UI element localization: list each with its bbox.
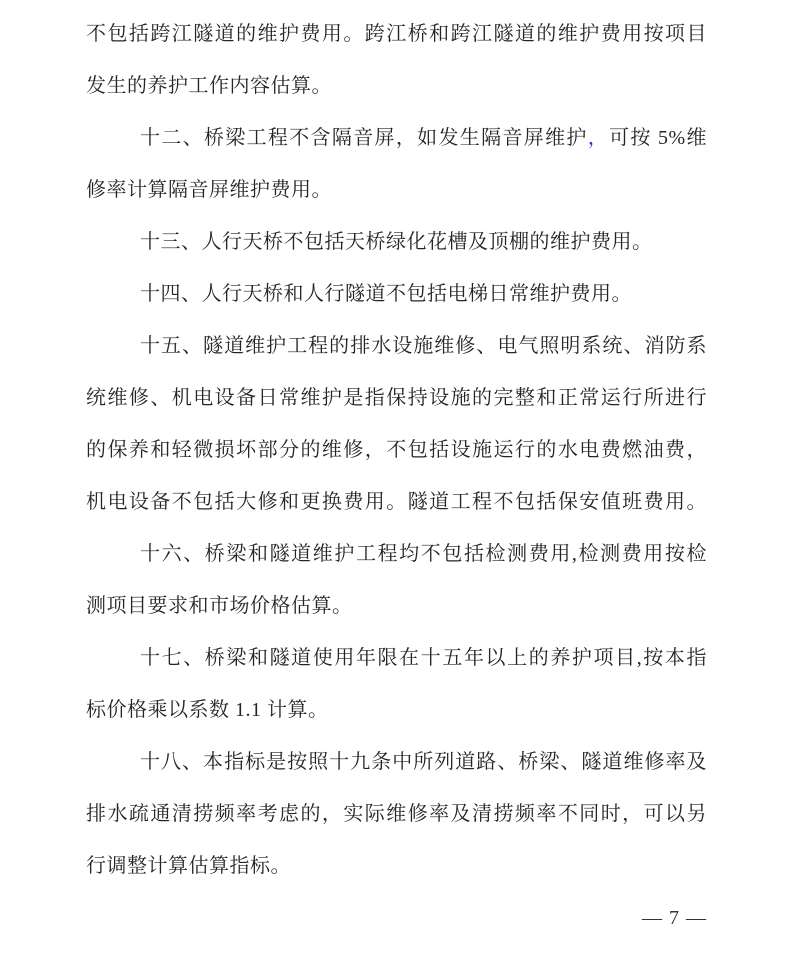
text-segment: 行调整计算估算指标。 bbox=[86, 855, 291, 877]
text-segment: 统维修、机电设备日常维护是指保持设施的完整和正常运行所进行 bbox=[86, 387, 707, 409]
text-line: 十二、桥梁工程不含隔音屏，如发生隔音屏维护，可按 5%维 bbox=[86, 112, 707, 164]
text-line: 十八、本指标是按照十九条中所列道路、桥梁、隧道维修率及 bbox=[86, 736, 707, 788]
text-segment: 不包括跨江隧道的维护费用。跨江桥和跨江隧道的维护费用按项目 bbox=[86, 23, 707, 45]
text-line: 行调整计算估算指标。 bbox=[86, 840, 707, 892]
text-line: 的保养和轻微损坏部分的维修，不包括设施运行的水电费燃油费， bbox=[86, 424, 707, 476]
text-segment: 测项目要求和市场价格估算。 bbox=[86, 595, 353, 617]
document-page: 不包括跨江隧道的维护费用。跨江桥和跨江隧道的维护费用按项目发生的养护工作内容估算… bbox=[0, 0, 800, 953]
text-line: 十四、人行天桥和人行隧道不包括电梯日常维护费用。 bbox=[86, 268, 707, 320]
text-line: 修率计算隔音屏维护费用。 bbox=[86, 164, 707, 216]
text-segment: 的保养和轻微损坏部分的维修，不包括设施运行的水电费燃油费， bbox=[86, 439, 707, 461]
text-line: 发生的养护工作内容估算。 bbox=[86, 60, 707, 112]
text-line: 排水疏通清捞频率考虑的，实际维修率及清捞频率不同时，可以另 bbox=[86, 788, 707, 840]
text-segment: 十二、桥梁工程不含隔音屏，如发生隔音屏维护 bbox=[140, 127, 588, 149]
text-segment: 十五、隧道维护工程的排水设施维修、电气照明系统、消防系 bbox=[140, 335, 707, 357]
text-segment: 排水疏通清捞频率考虑的，实际维修率及清捞频率不同时，可以另 bbox=[86, 803, 707, 825]
text-segment: 十四、人行天桥和人行隧道不包括电梯日常维护费用。 bbox=[140, 283, 632, 305]
text-line: 十六、桥梁和隧道维护工程均不包括检测费用,检测费用按检 bbox=[86, 528, 707, 580]
text-segment: 十六、桥梁和隧道维护工程均不包括检测费用,检测费用按检 bbox=[140, 543, 707, 565]
text-line: 机电设备不包括大修和更换费用。隧道工程不包括保安值班费用。 bbox=[86, 476, 707, 528]
text-segment: 发生的养护工作内容估算。 bbox=[86, 75, 332, 97]
text-segment-accent: ， bbox=[588, 127, 609, 149]
text-line: 十三、人行天桥不包括天桥绿化花槽及顶棚的维护费用。 bbox=[86, 216, 707, 268]
text-segment: 标价格乘以系数 1.1 计算。 bbox=[86, 699, 329, 721]
text-line: 标价格乘以系数 1.1 计算。 bbox=[86, 684, 707, 736]
text-line: 十五、隧道维护工程的排水设施维修、电气照明系统、消防系 bbox=[86, 320, 707, 372]
document-body: 不包括跨江隧道的维护费用。跨江桥和跨江隧道的维护费用按项目发生的养护工作内容估算… bbox=[86, 8, 707, 892]
text-line: 测项目要求和市场价格估算。 bbox=[86, 580, 707, 632]
text-line: 不包括跨江隧道的维护费用。跨江桥和跨江隧道的维护费用按项目 bbox=[86, 8, 707, 60]
text-segment: 修率计算隔音屏维护费用。 bbox=[86, 179, 332, 201]
text-segment: 可按 5%维 bbox=[609, 127, 707, 149]
text-line: 统维修、机电设备日常维护是指保持设施的完整和正常运行所进行 bbox=[86, 372, 707, 424]
text-segment: 机电设备不包括大修和更换费用。隧道工程不包括保安值班费用。 bbox=[86, 491, 707, 513]
text-segment: 十七、桥梁和隧道使用年限在十五年以上的养护项目,按本指 bbox=[140, 647, 707, 669]
text-segment: 十八、本指标是按照十九条中所列道路、桥梁、隧道维修率及 bbox=[140, 751, 707, 773]
text-segment: 十三、人行天桥不包括天桥绿化花槽及顶棚的维护费用。 bbox=[140, 231, 653, 253]
text-line: 十七、桥梁和隧道使用年限在十五年以上的养护项目,按本指 bbox=[86, 632, 707, 684]
page-number: — 7 — bbox=[86, 892, 707, 944]
